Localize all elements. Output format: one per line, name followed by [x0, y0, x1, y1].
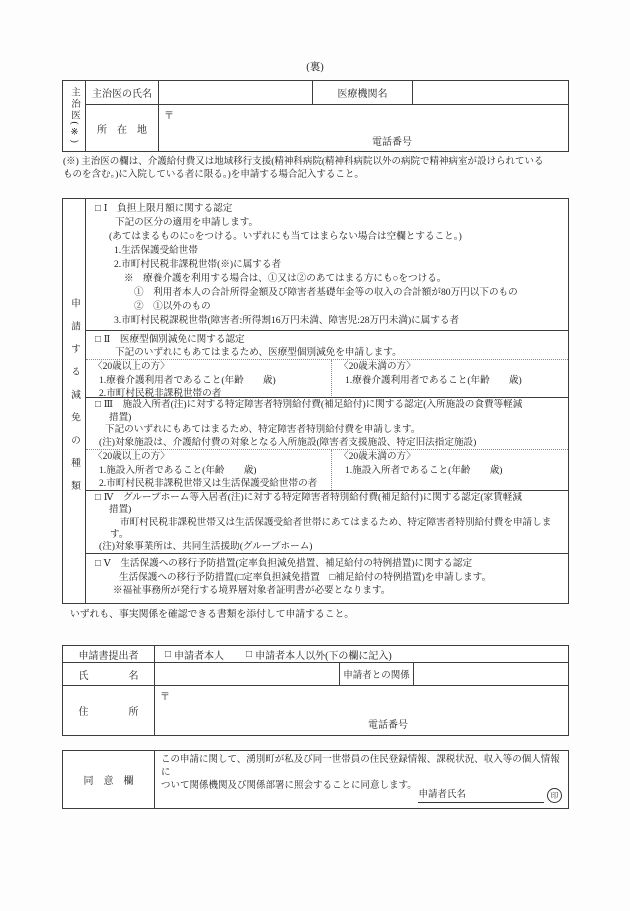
phone-number-label: 電話番号 — [372, 133, 412, 148]
submitter-options: □申請者本人 □申請者本人以外(下の欄に記入) — [155, 646, 568, 662]
section-3-heading: Ⅲ 施設入所者(注)に対する特定障害者特別給付費(補足給付)に関する認定(入所施… — [104, 399, 523, 410]
section-1-line: ② ①以外のもの — [86, 300, 568, 314]
adult-item: 2.市町村民税非課税世帯又は生活保護受給世帯の者 — [86, 477, 331, 490]
section-3-heading2: 措置) — [86, 412, 568, 425]
physician-side-label: 主治医(※) — [63, 81, 86, 151]
adult-item: 2.市町村民税非課税世帯の者 — [86, 387, 331, 398]
minor-column-header: 〈20歳未満の方〉 — [332, 450, 568, 463]
form-page-back: (裏) 主治医(※) 主治医の氏名 医療機関名 所 在 地 〒 電話番号 (※)… — [0, 0, 630, 911]
phone-number-label: 電話番号 — [368, 716, 408, 731]
physician-table: 主治医(※) 主治医の氏名 医療機関名 所 在 地 〒 電話番号 — [62, 80, 569, 152]
section-4: □Ⅳ グループホーム等入居者(注)に対する特定障害者特別給付費(補足給付)に関す… — [86, 491, 568, 554]
submitter-name-field[interactable] — [155, 663, 340, 685]
section-1-line: 下記の区分の適用を申請します。 — [86, 216, 568, 230]
section-3-minor-column: 〈20歳未満の方〉 1.施設入所者であること(年齢 歳) — [332, 450, 568, 490]
attachment-note: いずれも、事実関係を確認できる書類を添付して申請すること。 — [70, 606, 354, 620]
postal-mark: 〒 — [160, 688, 170, 703]
section-1-heading: Ⅰ 負担上限月額に関する認定 — [104, 203, 233, 214]
relation-field[interactable] — [414, 663, 568, 685]
section-2: □Ⅱ 医療型個別減免に関する認定 下記のいずれにもあてはまるため、医療型個別減免… — [86, 331, 568, 398]
section-2-heading: Ⅱ 医療型個別減免に関する認定 — [104, 334, 245, 345]
adult-item: 1.療養介護利用者であること(年齢 歳) — [86, 374, 331, 387]
adult-item: 1.施設入所者であること(年齢 歳) — [86, 464, 331, 477]
physician-address-label: 所 在 地 — [86, 105, 159, 151]
section-1-line: ① 利用者本人の合計所得金額及び障害者基礎年金等の収入の合計額が80万円以下のも… — [86, 286, 568, 300]
section-2-checkbox[interactable]: □ — [95, 334, 101, 345]
page-side-label: (裏) — [62, 59, 568, 74]
minor-item: 1.施設入所者であること(年齢 歳) — [332, 464, 568, 477]
section-2-minor-column: 〈20歳未満の方〉 1.療養介護利用者であること(年齢 歳) — [332, 360, 568, 398]
submitter-address-label: 住 所 — [63, 686, 155, 735]
section-4-body: す。 — [86, 529, 568, 541]
applicant-name-label: 申請者氏名 — [418, 789, 466, 802]
section-2-adult-column: 〈20歳以上の方〉 1.療養介護利用者であること(年齢 歳) 2.市町村民税非課… — [86, 360, 332, 398]
consent-text-line1: この申請に関して、湧別町が私及び同一世帯員の住民登録情報、課税状況、収入等の個人… — [161, 754, 562, 780]
section-5-checkbox[interactable]: □ — [95, 558, 101, 569]
section-1: □Ⅰ 負担上限月額に関する認定 下記の区分の適用を申請します。 (あてはまるもの… — [86, 199, 568, 331]
physician-address-field[interactable]: 〒 電話番号 — [159, 105, 568, 151]
applicant-other-checkbox[interactable]: □ — [246, 649, 252, 660]
section-3-checkbox[interactable]: □ — [95, 399, 101, 410]
section-4-heading2: 措置) — [86, 504, 568, 516]
consent-body: この申請に関して、湧別町が私及び同一世帯員の住民登録情報、課税状況、収入等の個人… — [155, 751, 568, 808]
section-4-note: (注)対象事業所は、共同生活援助(グループホーム) — [86, 541, 568, 553]
section-3: □Ⅲ 施設入所者(注)に対する特定障害者特別給付費(補足給付)に関する認定(入所… — [86, 398, 568, 491]
adult-column-header: 〈20歳以上の方〉 — [86, 450, 331, 463]
section-1-line: ※ 療養介護を利用する場合は、①又は②のあてはまる方にも○をつける。 — [86, 272, 568, 286]
physician-note: (※) 主治医の欄は、介護給付費又は地域移行支援(精神科病院(精神科病院以外の病… — [63, 156, 579, 181]
reduction-side-label: 申請する減免の種類 — [63, 199, 86, 603]
submitter-table: 申請書提出者 □申請者本人 □申請者本人以外(下の欄に記入) 氏 名 申請者との… — [62, 645, 569, 736]
postal-mark: 〒 — [164, 107, 174, 122]
section-3-note: (注)対象施設は、介護給付費の対象となる入所施設(障害者支援施設、特定旧法指定施… — [86, 437, 568, 450]
section-5-heading: Ⅴ 生活保護への移行予防措置(定率負担減免措置、補足給付の特例措置)に関する認定 — [104, 558, 472, 569]
section-5-note: ※福祉事務所が発行する境界層対象者証明書が必要となります。 — [86, 584, 568, 598]
section-5-body: 生活保護への移行予防措置(□定率負担減免措置 □補足給付の特例措置)を申請します… — [86, 571, 568, 585]
section-1-line: (あてはまるものに○をつける。いずれにも当てはまらない場合は空欄とすること。) — [86, 230, 568, 244]
consent-table: 同 意 欄 この申請に関して、湧別町が私及び同一世帯員の住民登録情報、課税状況、… — [62, 750, 569, 809]
section-5: □Ⅴ 生活保護への移行予防措置(定率負担減免措置、補足給付の特例措置)に関する認… — [86, 554, 568, 603]
applicant-self-label: 申請者本人 — [174, 647, 224, 662]
section-3-sub: 下記のいずれにもあてはまるため、特定障害者特別給付費を申請します。 — [86, 424, 568, 437]
consent-label: 同 意 欄 — [63, 751, 155, 808]
medical-institution-label: 医療機関名 — [313, 81, 413, 104]
applicant-self-checkbox[interactable]: □ — [165, 649, 171, 660]
section-3-adult-column: 〈20歳以上の方〉 1.施設入所者であること(年齢 歳) 2.市町村民税非課税世… — [86, 450, 332, 490]
applicant-other-label: 申請者本人以外(下の欄に記入) — [255, 647, 392, 662]
physician-name-field[interactable] — [159, 81, 313, 104]
applicant-signature-field[interactable] — [466, 792, 544, 802]
section-1-checkbox[interactable]: □ — [95, 203, 101, 214]
adult-column-header: 〈20歳以上の方〉 — [86, 360, 331, 373]
physician-name-label: 主治医の氏名 — [86, 81, 159, 104]
minor-item: 1.療養介護利用者であること(年齢 歳) — [332, 374, 568, 387]
minor-column-header: 〈20歳未満の方〉 — [332, 360, 568, 373]
submitter-name-label: 氏 名 — [63, 663, 155, 685]
section-4-checkbox[interactable]: □ — [95, 492, 101, 503]
physician-note-line2: ものを含む。)に入院している者に限る。)を申請する場合記入すること。 — [63, 169, 579, 182]
section-1-line: 1.生活保護受給世帯 — [86, 244, 568, 258]
physician-note-line1: (※) 主治医の欄は、介護給付費又は地域移行支援(精神科病院(精神科病院以外の病… — [63, 156, 579, 169]
submitter-address-field[interactable]: 〒 電話番号 — [155, 686, 568, 735]
submitter-row-label: 申請書提出者 — [63, 646, 155, 662]
section-4-heading: Ⅳ グループホーム等入居者(注)に対する特定障害者特別給付費(補足給付)に関する… — [104, 492, 522, 503]
section-2-sub: 下記のいずれにもあてはまるため、医療型個別減免を申請します。 — [86, 346, 568, 359]
section-1-line: 2.市町村民税非課税世帯(※)に属する者 — [86, 258, 568, 272]
section-1-line: 3.市町村民税課税世帯(障害者:所得割16万円未満、障害児:28万円未満)に属す… — [86, 314, 568, 328]
relation-label: 申請者との関係 — [340, 663, 414, 685]
medical-institution-field[interactable] — [413, 81, 568, 104]
seal-mark: 印 — [547, 788, 562, 803]
section-4-body: 市町村民税非課税世帯又は生活保護受給者世帯にあてはまるため、特定障害者特別給付費… — [86, 517, 568, 529]
reduction-table: 申請する減免の種類 □Ⅰ 負担上限月額に関する認定 下記の区分の適用を申請します… — [62, 198, 569, 604]
